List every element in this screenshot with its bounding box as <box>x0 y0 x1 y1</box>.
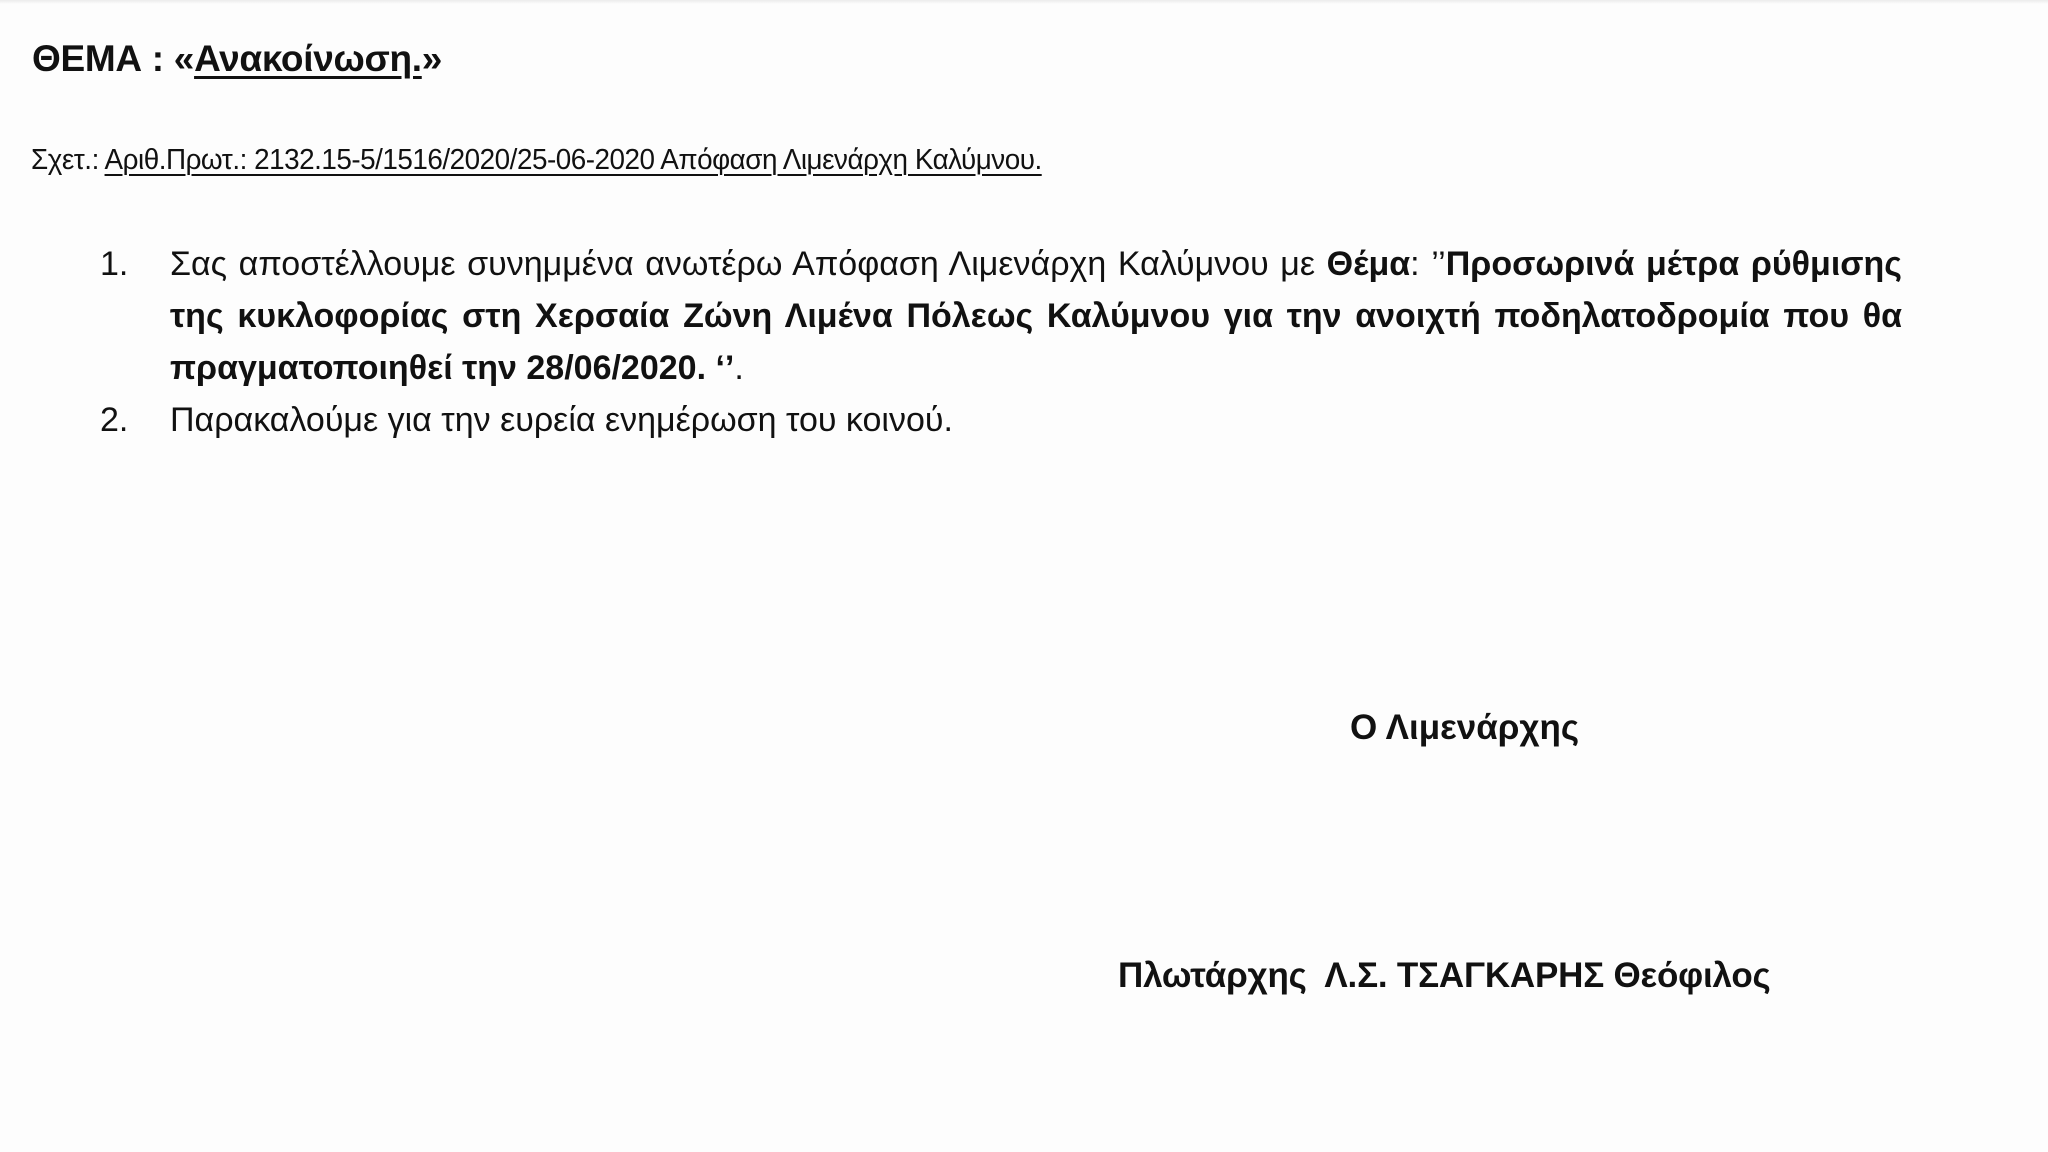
item-text-end: . <box>734 349 743 387</box>
subject-heading: ΘΕΜΑ : «Ανακοίνωση.» <box>32 38 442 80</box>
list-item: 1. Σας αποστέλλουμε συνημμένα ανωτέρω Απ… <box>100 238 1902 394</box>
list-item-text: Παρακαλούμε για την ευρεία ενημέρωση του… <box>170 394 1902 446</box>
subject-label: ΘΕΜΑ : « <box>32 38 194 79</box>
list-number: 1. <box>100 238 170 394</box>
list-number: 2. <box>100 394 170 446</box>
reference-label: Σχετ.: <box>31 144 105 176</box>
subject-close-quote: » <box>422 38 442 79</box>
subject-title: Ανακοίνωση. <box>194 38 422 79</box>
reference-line: Σχετ.: Αριθ.Πρωτ.: 2132.15-5/1516/2020/2… <box>31 144 1042 177</box>
signatory-title: Ο Λιμενάρχης <box>1350 708 1579 748</box>
page-top-edge <box>0 0 2048 4</box>
item-text-label: Θέμα <box>1327 245 1411 283</box>
item-text-sep: : ’’ <box>1410 245 1446 283</box>
item-text-plain: Σας αποστέλλουμε συνημμένα ανωτέρω Απόφα… <box>170 245 1327 283</box>
list-item-text: Σας αποστέλλουμε συνημμένα ανωτέρω Απόφα… <box>170 238 1902 394</box>
list-item: 2. Παρακαλούμε για την ευρεία ενημέρωση … <box>100 394 1902 446</box>
numbered-list: 1. Σας αποστέλλουμε συνημμένα ανωτέρω Απ… <box>100 238 1902 446</box>
signatory-name: Πλωτάρχης Λ.Σ. ΤΣΑΓΚΑΡΗΣ Θεόφιλος <box>1118 956 1771 996</box>
reference-text: Αριθ.Πρωτ.: 2132.15-5/1516/2020/25-06-20… <box>105 144 1042 176</box>
